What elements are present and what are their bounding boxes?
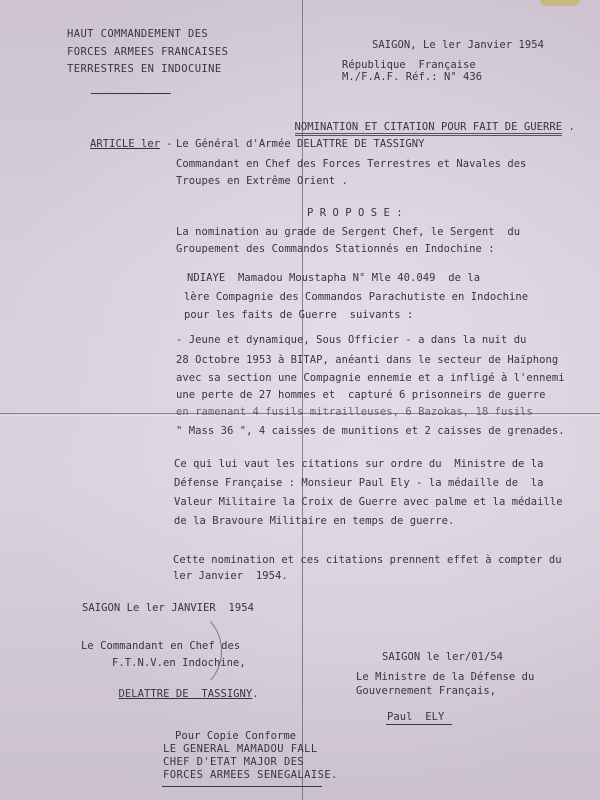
signature-right-date: SAIGON le ler/01/54 bbox=[382, 651, 503, 664]
copy-line3: CHEF D'ETAT MAJOR DES bbox=[163, 756, 304, 769]
signature-right-title1: Le Ministre de la Défense du bbox=[356, 671, 534, 684]
paragraph4-line2: Défense Française : Monsieur Paul Ely - … bbox=[174, 477, 544, 490]
paragraph1-line2: Groupement des Commandos Stationnés en I… bbox=[176, 243, 495, 256]
article-dash: - bbox=[166, 138, 172, 151]
paragraph5-line1: Cette nomination et ces citations prenne… bbox=[173, 554, 562, 567]
paragraph3-line6: " Mass 36 ", 4 caisses de munitions et 2… bbox=[176, 425, 565, 438]
header-underline bbox=[91, 93, 171, 94]
copy-line2: LE GENERAL MAMADOU FALL bbox=[163, 743, 318, 756]
header-left-line3: TERRESTRES EN INDOCUINE bbox=[67, 63, 222, 76]
paragraph3-line1: - Jeune et dynamique, Sous Officier - a … bbox=[176, 334, 526, 347]
paragraph3-line3: avec sa section une Compagnie ennemie et… bbox=[176, 372, 565, 385]
article-line1: Le Général d'Armée DELATTRE DE TASSIGNY bbox=[176, 138, 425, 151]
article-label: ARTICLE ler bbox=[90, 138, 160, 151]
paragraph5-line2: ler Janvier 1954. bbox=[173, 570, 288, 583]
header-left-line1: HAUT COMMANDEMENT DES bbox=[67, 28, 208, 41]
header-left-line2: FORCES ARMEES FRANCAISES bbox=[67, 46, 228, 59]
paragraph1-line1: La nomination au grade de Sergent Chef, … bbox=[176, 226, 520, 239]
signature-scribble bbox=[150, 610, 222, 692]
header-date: SAIGON, Le ler Janvier 1954 bbox=[372, 39, 544, 52]
paragraph3-line5: en ramenant 4 fusils mitrailleuses, 6 Ba… bbox=[176, 406, 533, 419]
signature-left-date: SAIGON Le ler JANVIER 1954 bbox=[82, 602, 254, 615]
paper-stain bbox=[540, 0, 580, 6]
article-line2: Commandant en Chef des Forces Terrestres… bbox=[176, 158, 526, 171]
paragraph2-line3: pour les faits de Guerre suivants : bbox=[184, 309, 413, 322]
header-reference: M./F.A.F. Réf.: N° 436 bbox=[342, 71, 482, 84]
paragraph4-line4: de la Bravoure Militaire en temps de gue… bbox=[174, 515, 454, 528]
propose-heading: P R O P O S E : bbox=[307, 207, 403, 220]
paragraph3-line2: 28 Octobre 1953 à BITAP, anéanti dans le… bbox=[176, 354, 558, 367]
paragraph4-line3: Valeur Militaire la Croix de Guerre avec… bbox=[174, 496, 563, 509]
copy-underline bbox=[162, 786, 322, 787]
signature-right-underline bbox=[386, 724, 452, 725]
article-line3: Troupes en Extrême Orient . bbox=[176, 175, 348, 188]
signature-right-title2: Gouvernement Français, bbox=[356, 685, 496, 698]
paragraph2-line1: NDIAYE Mamadou Moustapha N° Mle 40.049 d… bbox=[187, 272, 480, 285]
document-page: HAUT COMMANDEMENT DES FORCES ARMEES FRAN… bbox=[0, 0, 600, 800]
paragraph4-line1: Ce qui lui vaut les citations sur ordre … bbox=[174, 458, 544, 471]
paragraph3-line4: une perte de 27 hommes et capturé 6 pris… bbox=[176, 389, 546, 402]
paragraph2-line2: lère Compagnie des Commandos Parachutist… bbox=[184, 291, 528, 304]
signature-right-name: Paul ELY bbox=[387, 711, 444, 724]
copy-line1: Pour Copie Conforme bbox=[175, 730, 296, 743]
copy-line4: FORCES ARMEES SENEGALAISE. bbox=[163, 769, 338, 782]
